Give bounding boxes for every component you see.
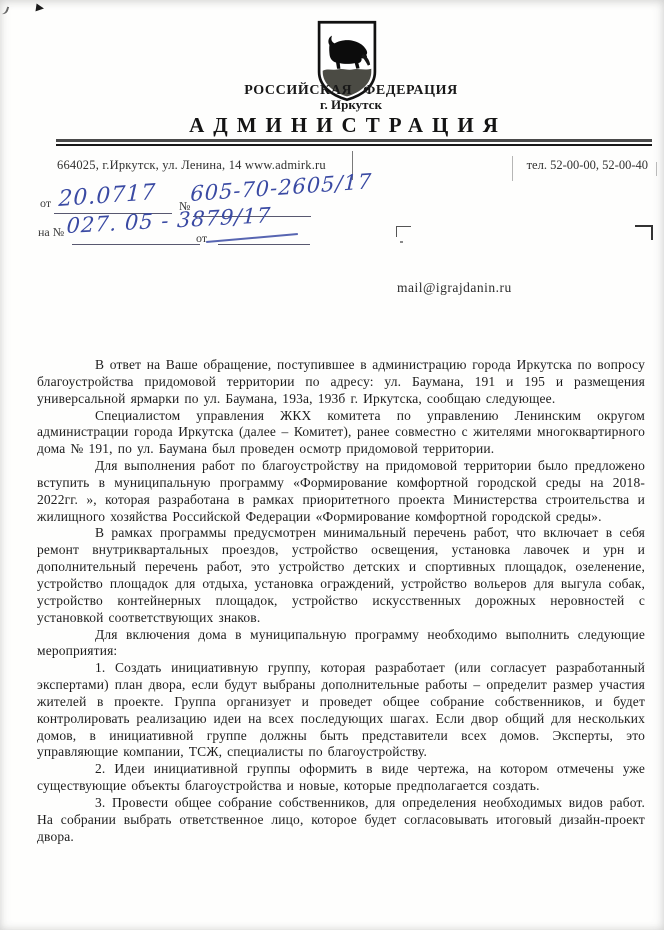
header-city: г. Иркутск xyxy=(19,97,664,113)
body-paragraph: Для включения дома в муниципальную прогр… xyxy=(37,627,645,661)
body-paragraph: Для выполнения работ по благоустройству … xyxy=(37,458,645,525)
scanned-letter-page: РОССИЙСКАЯ ФЕДЕРАЦИЯ г. Иркутск АДМИНИСТ… xyxy=(0,0,664,930)
scan-artifact-dot xyxy=(400,241,403,243)
address-corner-bracket-left xyxy=(396,226,411,237)
recipient-email: mail@igrajdanin.ru xyxy=(397,280,512,296)
scan-artifact-comma xyxy=(1,5,9,15)
ref-reply-from-label: от xyxy=(196,231,207,246)
body-paragraph: В рамках программы предусмотрен минималь… xyxy=(37,525,645,626)
handwritten-outgoing-number: 605-70-2605/17 xyxy=(190,169,373,206)
handwritten-ink-stroke xyxy=(206,233,298,243)
contact-phone: тел. 52-00-00, 52-00-40 xyxy=(527,158,648,173)
ref-reply-date-blank-line xyxy=(218,244,310,245)
body-paragraph: В ответ на Ваше обращение, поступившее в… xyxy=(37,357,645,408)
body-paragraph: 1. Создать инициативную группу, которая … xyxy=(37,660,645,761)
ref-from-label: от xyxy=(40,196,51,211)
address-corner-bracket-right xyxy=(635,225,653,240)
body-paragraph: Специалистом управления ЖКХ комитета по … xyxy=(37,408,645,459)
header-organization: АДМИНИСТРАЦИЯ xyxy=(16,113,664,138)
ref-reply-blank-line xyxy=(72,244,200,245)
contact-address-line: 664025, г.Иркутск, ул. Ленина, 14 www.ad… xyxy=(57,158,326,173)
header-double-rule xyxy=(56,139,652,146)
separator-tick xyxy=(512,156,513,181)
body-paragraph: 2. Идеи инициативной группы оформить в в… xyxy=(37,761,645,795)
ref-reply-label: на № xyxy=(38,225,64,240)
handwritten-outgoing-date: 20.0717 xyxy=(58,180,157,212)
scan-artifact-arrow xyxy=(35,3,44,12)
letter-body: В ответ на Ваше обращение, поступившее в… xyxy=(37,357,645,845)
separator-tick xyxy=(656,162,657,176)
body-paragraph: 3. Провести общее собрание собственников… xyxy=(37,795,645,846)
